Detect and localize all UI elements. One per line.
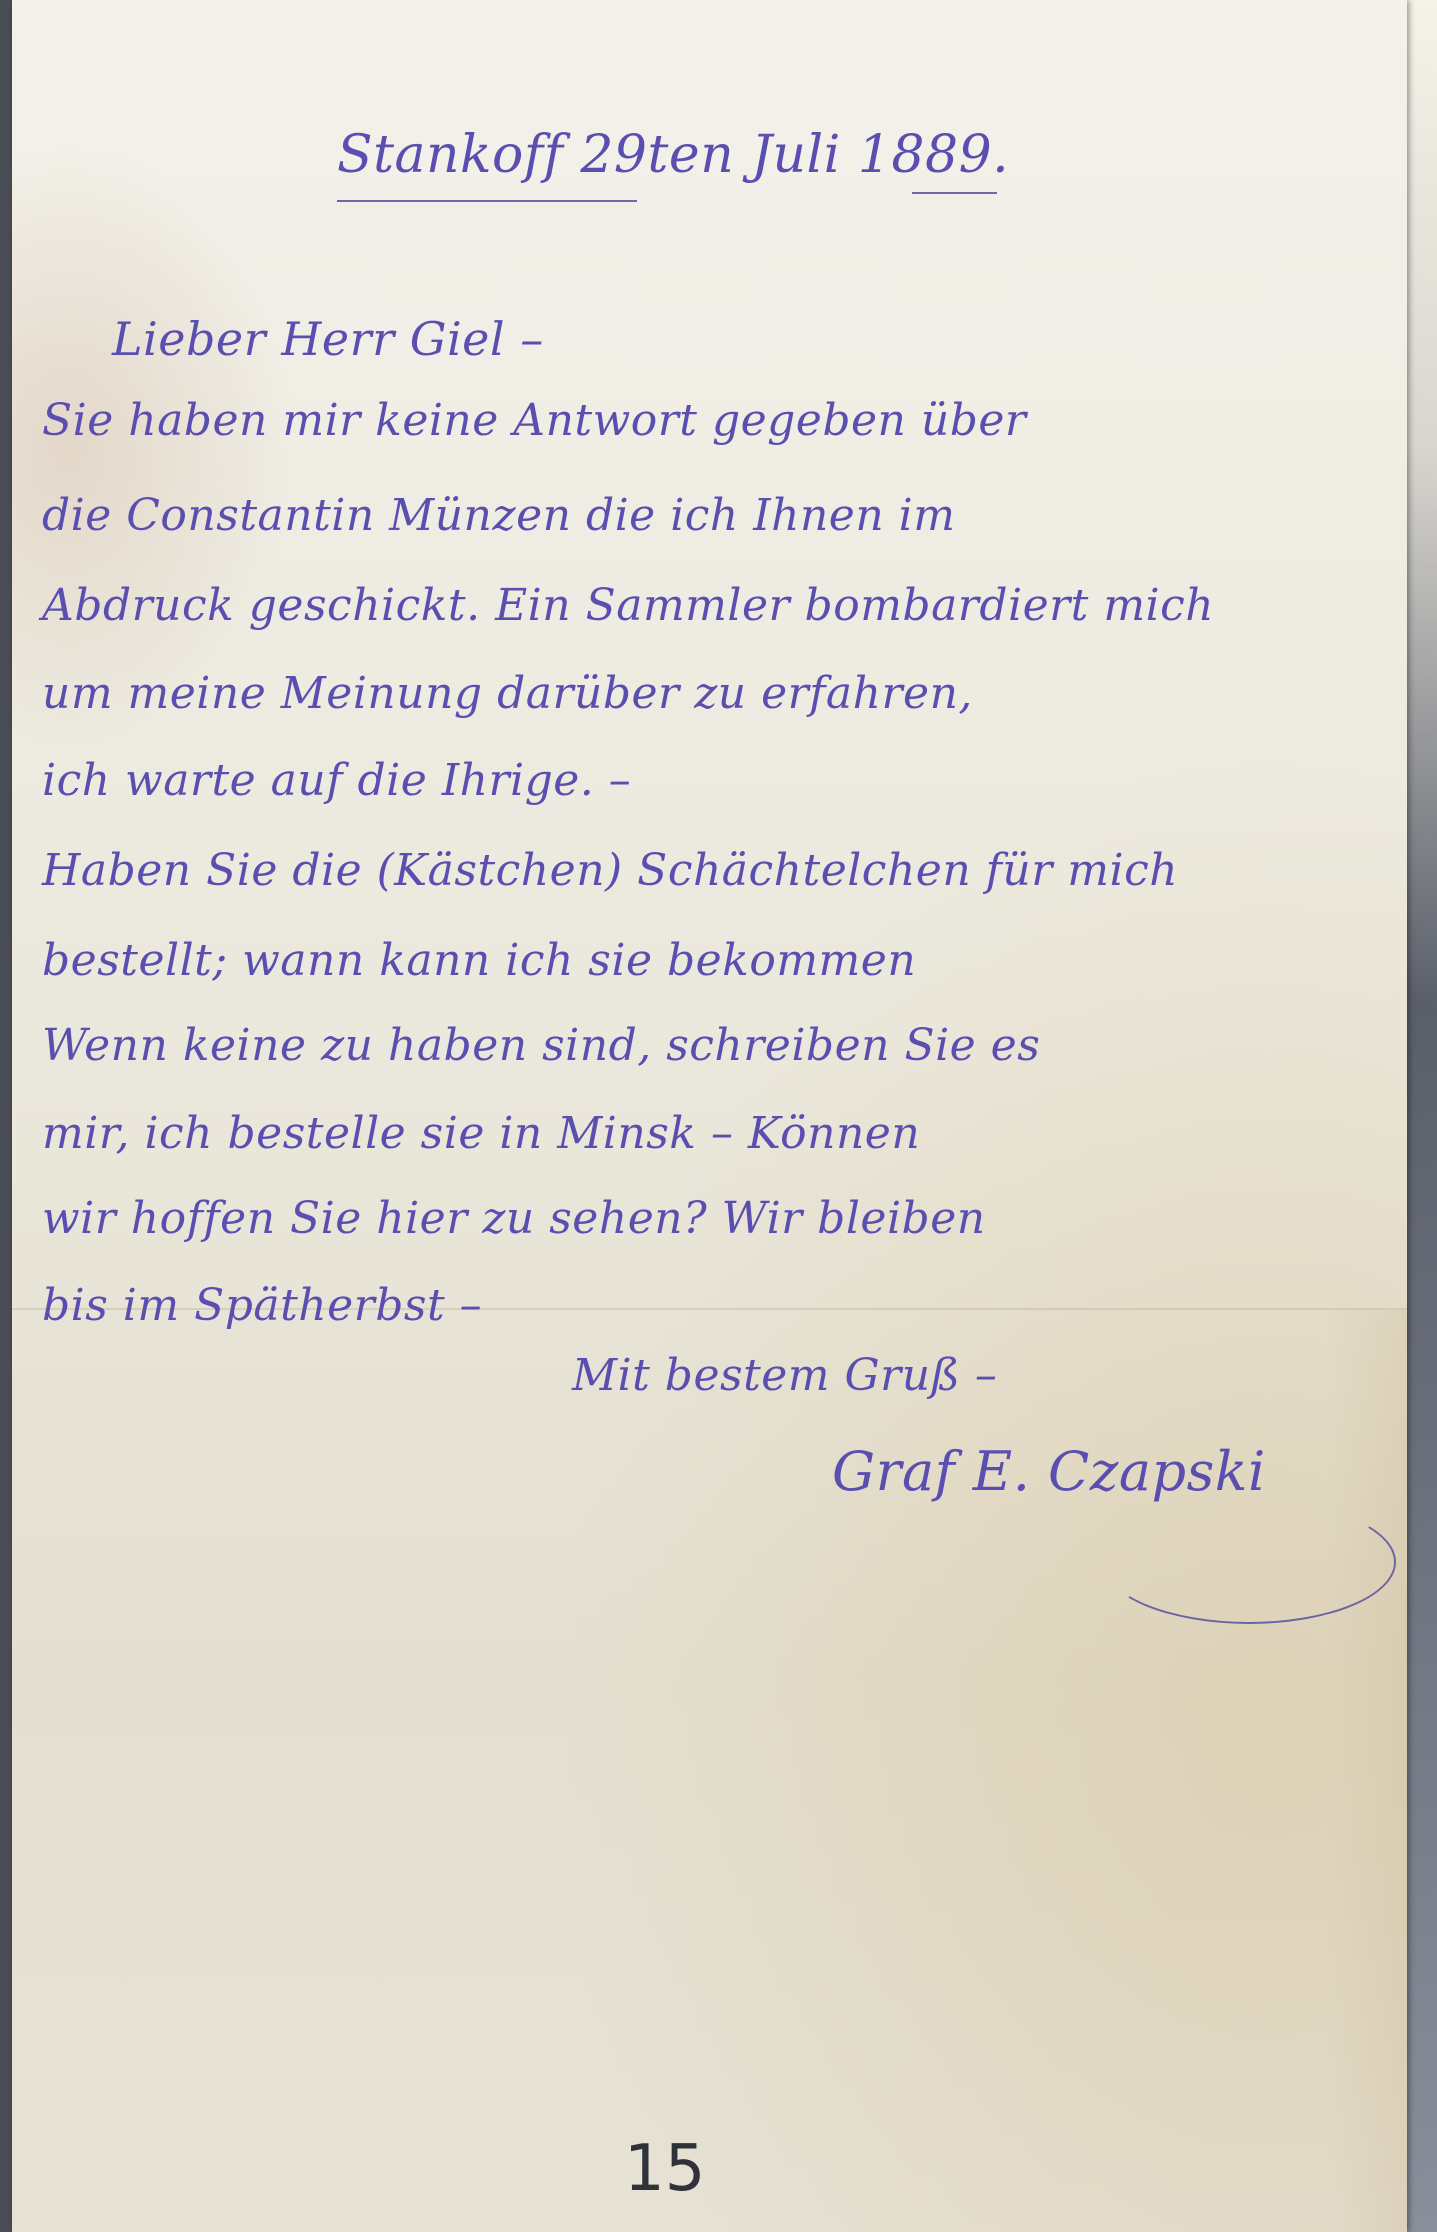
signature: Graf E. Czapski: [832, 1440, 1266, 1503]
body-line: die Constantin Münzen die ich Ihnen im: [42, 490, 955, 541]
body-line: Abdruck geschickt. Ein Sammler bombardie…: [42, 580, 1214, 631]
body-line: Wenn keine zu haben sind, schreiben Sie …: [42, 1020, 1040, 1071]
closing-line: Mit bestem Gruß –: [572, 1350, 997, 1401]
page-number: 15: [624, 2132, 705, 2206]
letter-page: Stankoff 29ten Juli 1889. Lieber Herr Gi…: [12, 0, 1407, 2232]
body-line: Sie haben mir keine Antwort gegeben über: [42, 395, 1026, 446]
body-line: Haben Sie die (Kästchen) Schächtelchen f…: [42, 845, 1178, 896]
background-surface: [1407, 0, 1437, 2232]
body-line: mir, ich bestelle sie in Minsk – Können: [42, 1108, 920, 1159]
salutation: Lieber Herr Giel –: [112, 312, 544, 366]
heading-underline: [337, 200, 637, 202]
body-line: ich warte auf die Ihrige. –: [42, 755, 631, 806]
signature-flourish: [1102, 1500, 1396, 1624]
letter-heading-place-date: Stankoff 29ten Juli 1889.: [337, 125, 1009, 185]
year-underline: [912, 192, 997, 194]
body-line: bis im Spätherbst –: [42, 1280, 482, 1331]
body-line: um meine Meinung darüber zu erfahren,: [42, 668, 973, 719]
body-line: bestellt; wann kann ich sie bekommen: [42, 935, 916, 986]
paper-edge-stain: [1327, 1310, 1407, 2232]
body-line: wir hoffen Sie hier zu sehen? Wir bleibe…: [42, 1193, 986, 1244]
